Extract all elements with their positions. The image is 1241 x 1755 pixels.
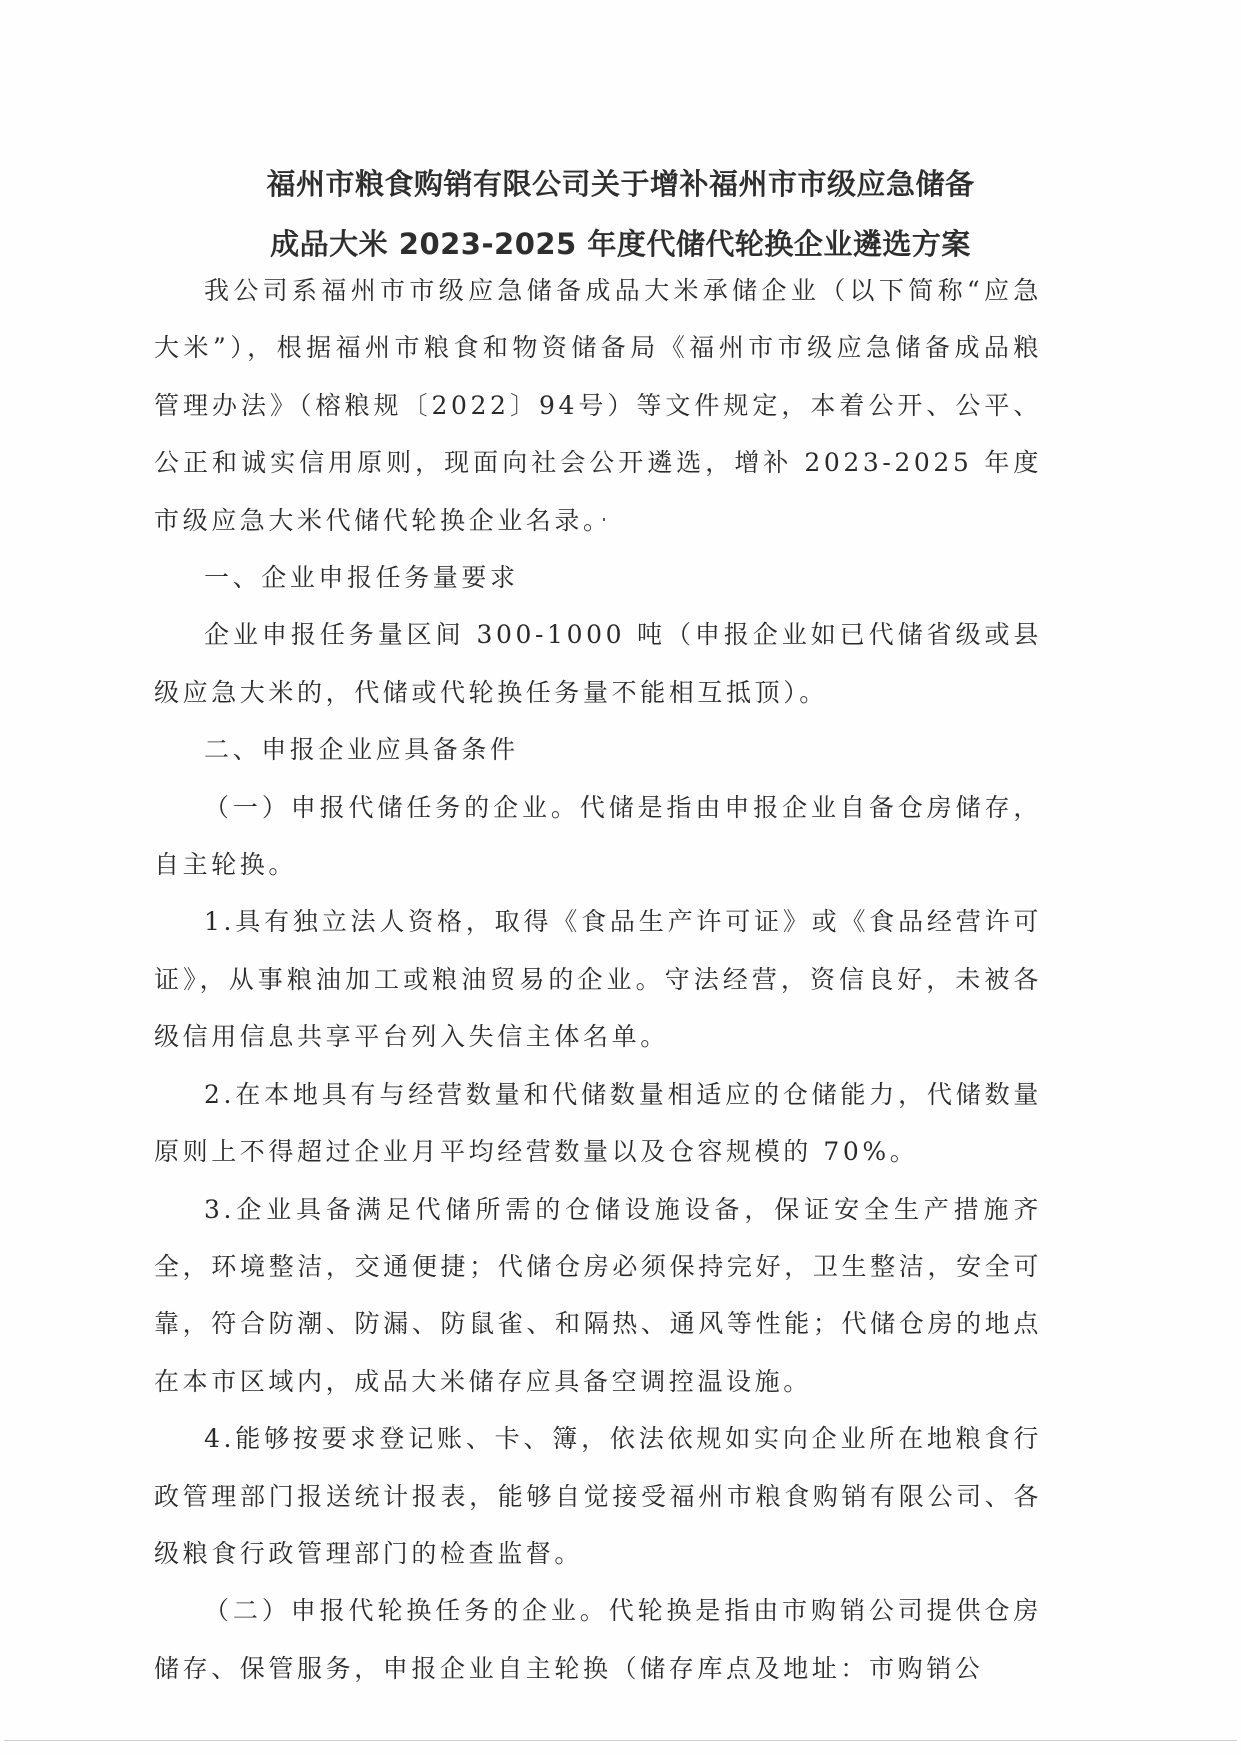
rotation-enterprise-paragraph: （二）申报代轮换任务的企业。代轮换是指由市购销公司提供仓房储存、保管服务，申报企… — [154, 1582, 1042, 1697]
condition-item-3: 3.企业具备满足代储所需的仓储设施设备，保证安全生产措施齐全，环境整洁，交通便捷… — [154, 1181, 1042, 1411]
section-heading-conditions: 二、申报企业应具备条件 — [154, 721, 1042, 778]
section-heading-task-volume: 一、企业申报任务量要求 — [154, 549, 1042, 606]
scan-speck — [603, 518, 605, 521]
storage-enterprise-paragraph: （一）申报代储任务的企业。代储是指由申报企业自备仓房储存，自主轮换。 — [154, 779, 1042, 894]
condition-item-2: 2.在本地具有与经营数量和代储数量相适应的仓储能力，代储数量原则上不得超过企业月… — [154, 1066, 1042, 1181]
document-page: 福州市粮食购销有限公司关于增补福州市市级应急储备 成品大米 2023-2025 … — [0, 0, 1241, 1755]
document-title-line-2: 成品大米 2023-2025 年度代储代轮换企业遴选方案 — [0, 222, 1241, 263]
condition-item-1: 1.具有独立法人资格，取得《食品生产许可证》或《食品经营许可证》，从事粮油加工或… — [154, 893, 1042, 1065]
document-title-line-1: 福州市粮食购销有限公司关于增补福州市市级应急储备 — [0, 162, 1241, 203]
intro-paragraph: 我公司系福州市市级应急储备成品大米承储企业（以下简称“应急大米”），根据福州市粮… — [154, 262, 1042, 549]
scan-edge-line — [4, 1740, 1237, 1741]
task-volume-paragraph: 企业申报任务量区间 300-1000 吨（申报企业如已代储省级或县级应急大米的，… — [154, 606, 1042, 721]
condition-item-4: 4.能够按要求登记账、卡、簿，依法依规如实向企业所在地粮食行政管理部门报送统计报… — [154, 1410, 1042, 1582]
document-body: 我公司系福州市市级应急储备成品大米承储企业（以下简称“应急大米”），根据福州市粮… — [154, 262, 1042, 1697]
